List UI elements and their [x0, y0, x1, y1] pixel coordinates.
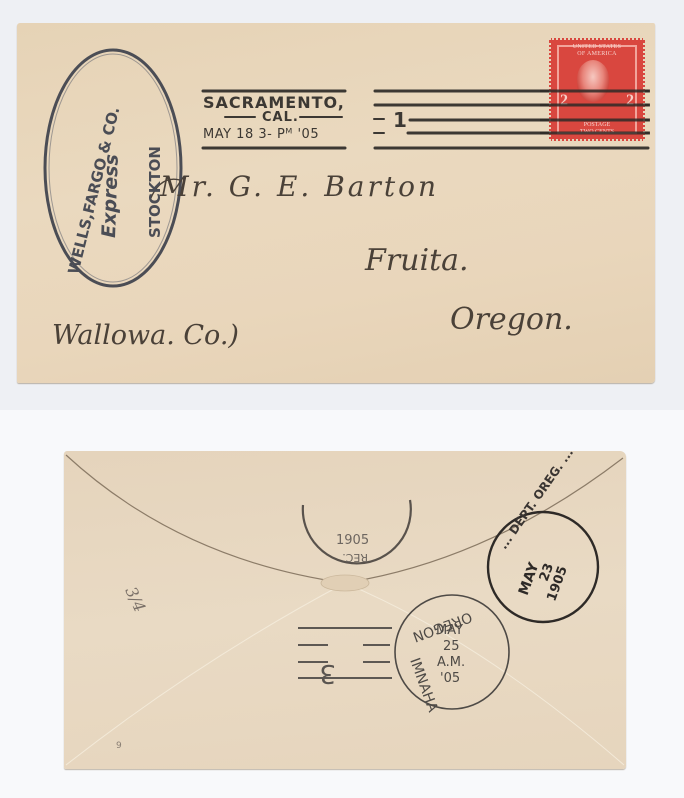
receiving-circular-datestamp: ... DEPT. OREG. ... MAY 23 1905: [488, 446, 598, 622]
imnaha-cds-time: A.M.: [437, 655, 465, 670]
corner-mark: 9: [116, 741, 122, 751]
imnaha-cds-year: '05: [440, 671, 460, 686]
back-markings: 1905 REC. ... DEPT. OREG. ... MAY 23 190…: [0, 0, 684, 798]
imnaha-circular-datestamp: OREGON IMNAHA MAY 25 A.M. '05: [395, 595, 509, 715]
imnaha-cds-month: MAY: [436, 623, 463, 638]
imnaha-cds-day: 25: [443, 639, 460, 654]
faint-cds-year: 1905: [336, 533, 369, 548]
transit-killer-lines: [298, 628, 392, 678]
imnaha-cds-town: IMNAHA: [406, 656, 440, 715]
faint-cds-text: REC.: [342, 551, 368, 564]
pencil-note: 3/4: [121, 584, 149, 615]
faint-circular-datestamp: 1905 REC.: [303, 500, 411, 564]
transit-killer-number: 3: [319, 658, 336, 688]
